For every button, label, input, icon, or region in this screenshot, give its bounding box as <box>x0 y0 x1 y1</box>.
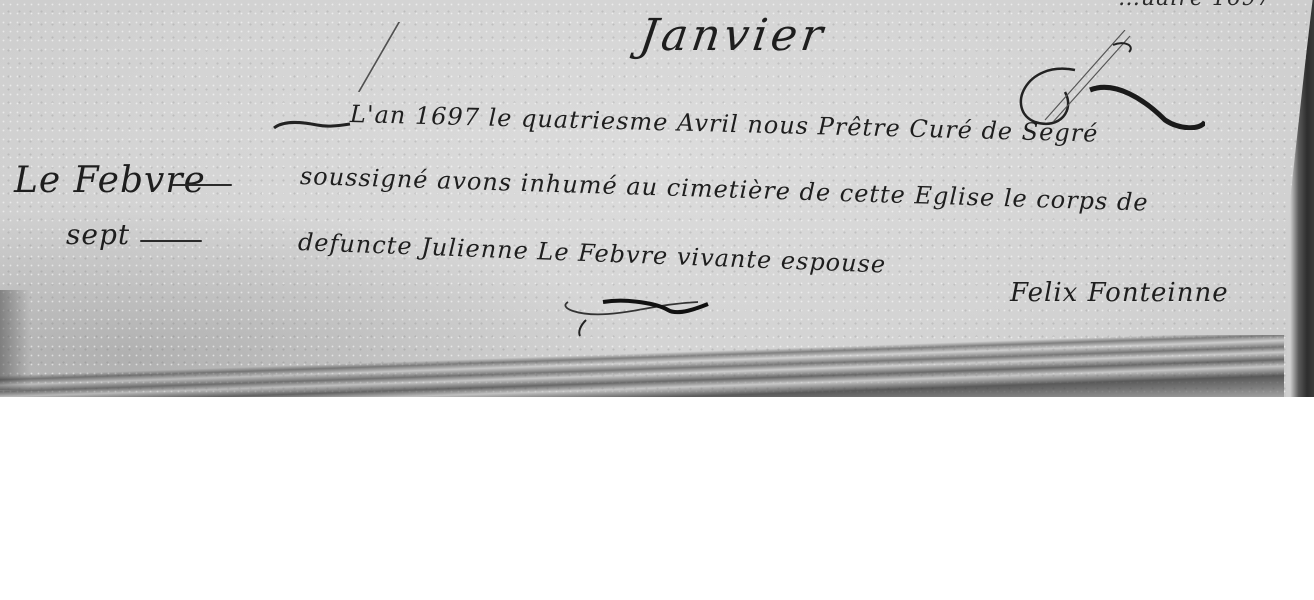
folio-mark <box>330 22 400 92</box>
month-heading: Janvier <box>636 10 829 61</box>
margin-rule-2 <box>140 240 202 242</box>
lead-dash-icon <box>272 118 352 132</box>
margin-age-note: sept <box>66 218 130 251</box>
entry-line-4-signature: Felix Fonteinne <box>1010 278 1229 308</box>
page-stack-edge <box>0 335 1284 397</box>
top-right-text-fragment: …uaire 1697 <box>1118 0 1272 11</box>
entry-line-3: defuncte Julienne Le Febvre vivante espo… <box>297 228 886 279</box>
margin-rule-1 <box>172 184 232 186</box>
scanned-register-page: Janvier …uaire 1697 Le Febvre sept L'an … <box>0 0 1314 397</box>
entry-line-1: L'an 1697 le quatriesme Avril nous Prêtr… <box>350 100 1099 148</box>
signature-flourish-icon <box>1005 30 1205 130</box>
book-binding-edge <box>1286 0 1314 397</box>
closing-flourish-icon <box>558 290 718 340</box>
entry-line-2: soussigné avons inhumé au cimetière de c… <box>300 162 1149 217</box>
margin-surname: Le Febvre <box>14 160 206 201</box>
